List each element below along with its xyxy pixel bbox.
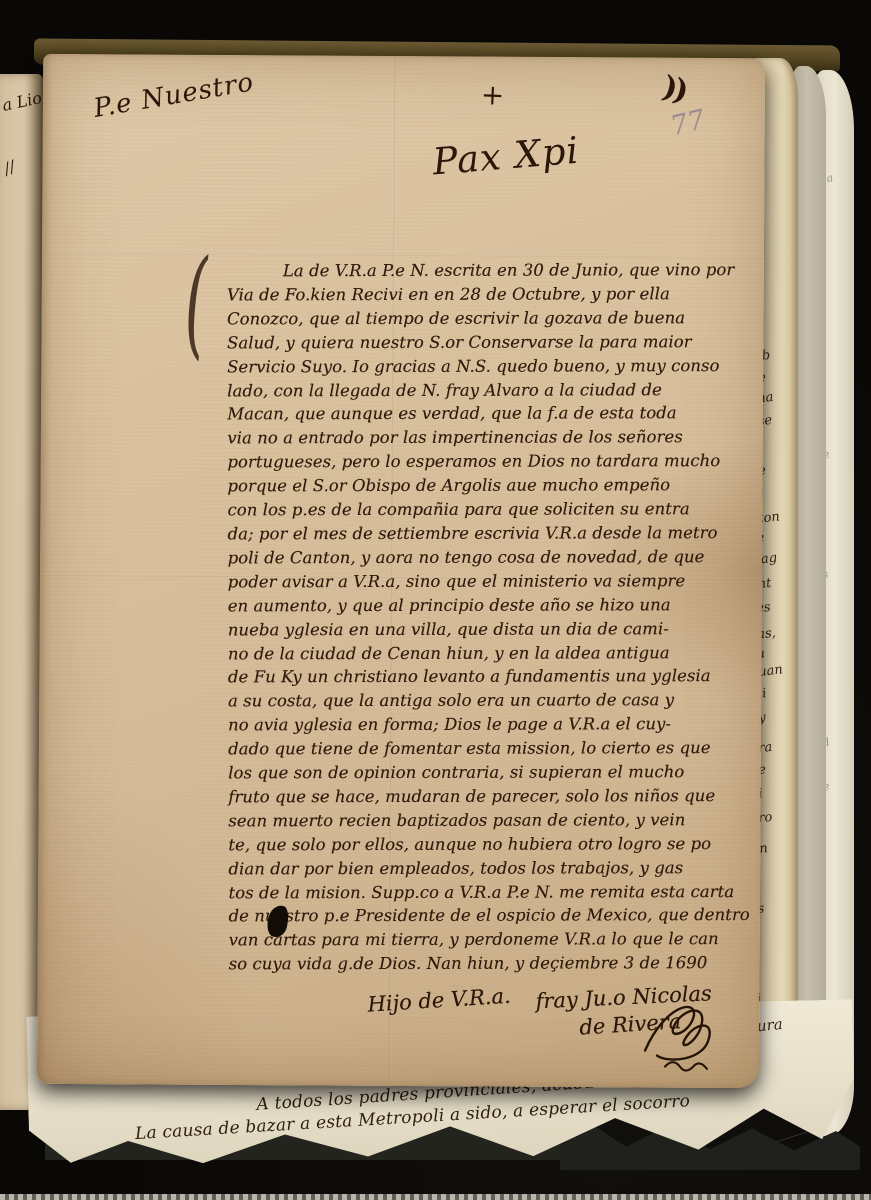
manuscript-line: nueba yglesia en una villa, que dista un…	[228, 617, 765, 642]
salutation-pax-christi: Pax Xpi	[431, 129, 581, 184]
corner-quote-marks: ))	[659, 69, 689, 108]
opening-paraph-flourish: (	[180, 242, 214, 362]
manuscript-line: de nuestro p.e Presidente de el ospicio …	[228, 903, 765, 928]
manuscript-line: da; por el mes de settiembre escrivia V.…	[227, 521, 765, 546]
manuscript-line: via no a entrado por las impertinencias …	[227, 425, 765, 450]
letter-body: La de V.R.a P.e N. escrita en 30 de Juni…	[227, 258, 765, 977]
manuscript-line: Conozco, que al tiempo de escrivir la go…	[227, 306, 765, 331]
manuscript-line: lado, con la llegada de N. fray Alvaro a…	[227, 377, 765, 402]
manuscript-line: de Fu Ky un christiano levanto a fundame…	[228, 664, 765, 689]
left-page-text-fragment: //	[1, 157, 18, 179]
manuscript-line: portugueses, pero lo esperamos en Dios n…	[227, 449, 765, 474]
manuscript-line: Servicio Suyo. Io gracias a N.S. quedo b…	[227, 354, 765, 379]
left-page-text-fragment: a Lio	[0, 88, 43, 115]
manuscript-line: en aumento, y que al principio deste año…	[228, 593, 765, 618]
cross-mark: +	[480, 78, 505, 112]
manuscript-scan: a Lio// OlbaoS.)deloaselioaddelaolisaivi…	[0, 0, 871, 1200]
manuscript-line: Salud, y quiera nuestro S.or Conservarse…	[227, 330, 765, 355]
horizontal-fold-crease	[42, 252, 764, 258]
manuscript-line: los que son de opinion contraria, si sup…	[228, 760, 765, 785]
manuscript-line: te, que solo por ellos, aunque no hubier…	[228, 832, 765, 857]
manuscript-line: poder avisar a V.R.a, sino que el minist…	[228, 569, 766, 594]
manuscript-line: fruto que se hace, mudaran de parecer, s…	[228, 784, 765, 809]
heading-padre-nuestro: P.e Nuestro	[92, 67, 257, 124]
left-facing-page: a Lio//	[0, 74, 43, 1110]
manuscript-line: van cartas para mi tierra, y perdoneme V…	[229, 927, 766, 952]
manuscript-line: Via de Fo.kien Recivi en en 28 de Octubr…	[227, 282, 765, 307]
manuscript-line: porque el S.or Obispo de Argolis aue muc…	[227, 473, 765, 498]
scanner-edge-strip	[0, 1194, 871, 1200]
manuscript-line: dado que tiene de fomentar esta mission,…	[228, 736, 765, 761]
signature-rubric	[635, 995, 727, 1078]
folio-number: 77	[668, 104, 709, 142]
manuscript-line: La de V.R.a P.e N. escrita en 30 de Juni…	[227, 258, 765, 283]
manuscript-line: Macan, que aunque es verdad, que la f.a …	[227, 401, 765, 426]
manuscript-line: tos de la mision. Supp.co a V.R.a P.e N.…	[228, 879, 765, 904]
manuscript-line: no de la ciudad de Cenan hiun, y en la a…	[228, 640, 765, 665]
manuscript-line: sean muerto recien baptizados pasan de c…	[228, 808, 765, 833]
letter-page: + P.e Nuestro )) 77 Pax Xpi ( La de V.R.…	[37, 54, 765, 1088]
manuscript-line: poli de Canton, y aora no tengo cosa de …	[228, 545, 766, 570]
manuscript-line: dian dar por bien empleados, todos los t…	[228, 856, 765, 881]
manuscript-line: no avia yglesia en forma; Dios le page a…	[228, 712, 765, 737]
manuscript-line: a su costa, que la antiga solo era un cu…	[228, 688, 765, 713]
manuscript-line: con los p.es de la compañia para que sol…	[227, 497, 765, 522]
manuscript-line: so cuya vida g.de Dios. Nan hiun, y deçi…	[229, 951, 766, 976]
